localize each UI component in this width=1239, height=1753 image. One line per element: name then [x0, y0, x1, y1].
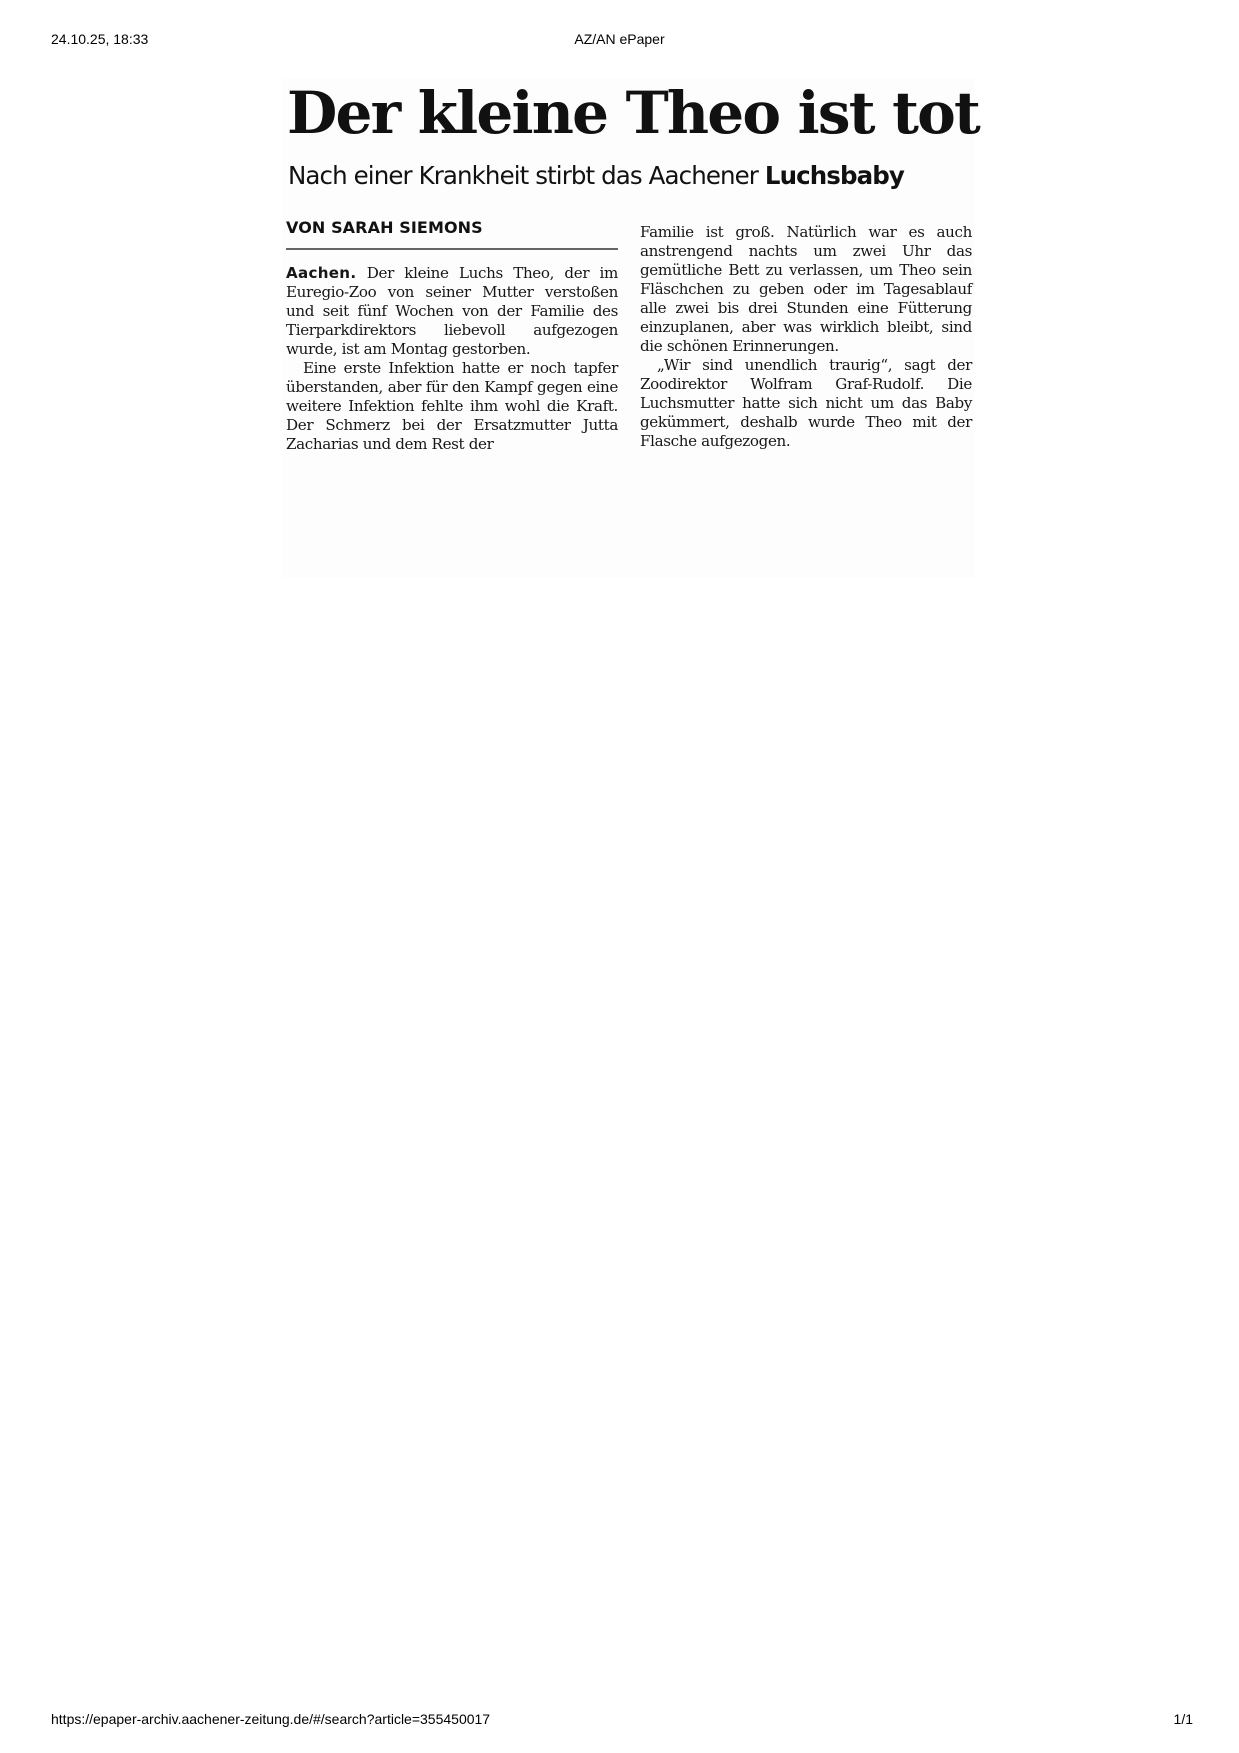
- article-headline: Der kleine Theo ist tot: [287, 78, 977, 148]
- print-footer: https://epaper-archiv.aachener-zeitung.d…: [0, 1711, 1239, 1729]
- article-paragraph: Familie ist groß. Natürlich war es auch …: [640, 223, 972, 356]
- article-dateline: Aachen.: [286, 264, 356, 282]
- article-paragraph: „Wir sind unendlich traurig“, sagt der Z…: [640, 356, 972, 451]
- subheadline-text: Nach einer Krankheit stirbt das Aachener: [288, 161, 758, 190]
- article-paragraph: Eine erste Infektion hatte er noch tapfe…: [286, 359, 618, 454]
- print-header: 24.10.25, 18:33 AZ/AN ePaper: [0, 31, 1239, 49]
- page-number: 1/1: [1174, 1711, 1193, 1727]
- article-byline: VON SARAH SIEMONS: [286, 218, 618, 250]
- article-column-1: Aachen. Der kleine Luchs Theo, der im Eu…: [286, 264, 618, 454]
- subheadline-bold: Luchsbaby: [765, 161, 904, 190]
- print-title: AZ/AN ePaper: [0, 31, 1239, 47]
- source-url: https://epaper-archiv.aachener-zeitung.d…: [51, 1711, 490, 1727]
- article-paragraph: Aachen. Der kleine Luchs Theo, der im Eu…: [286, 264, 618, 359]
- article-subheadline: Nach einer Krankheit stirbt das Aachener…: [288, 161, 904, 191]
- article-column-2: Familie ist groß. Natürlich war es auch …: [640, 223, 972, 451]
- article-clipping: Der kleine Theo ist tot Nach einer Krank…: [283, 78, 975, 578]
